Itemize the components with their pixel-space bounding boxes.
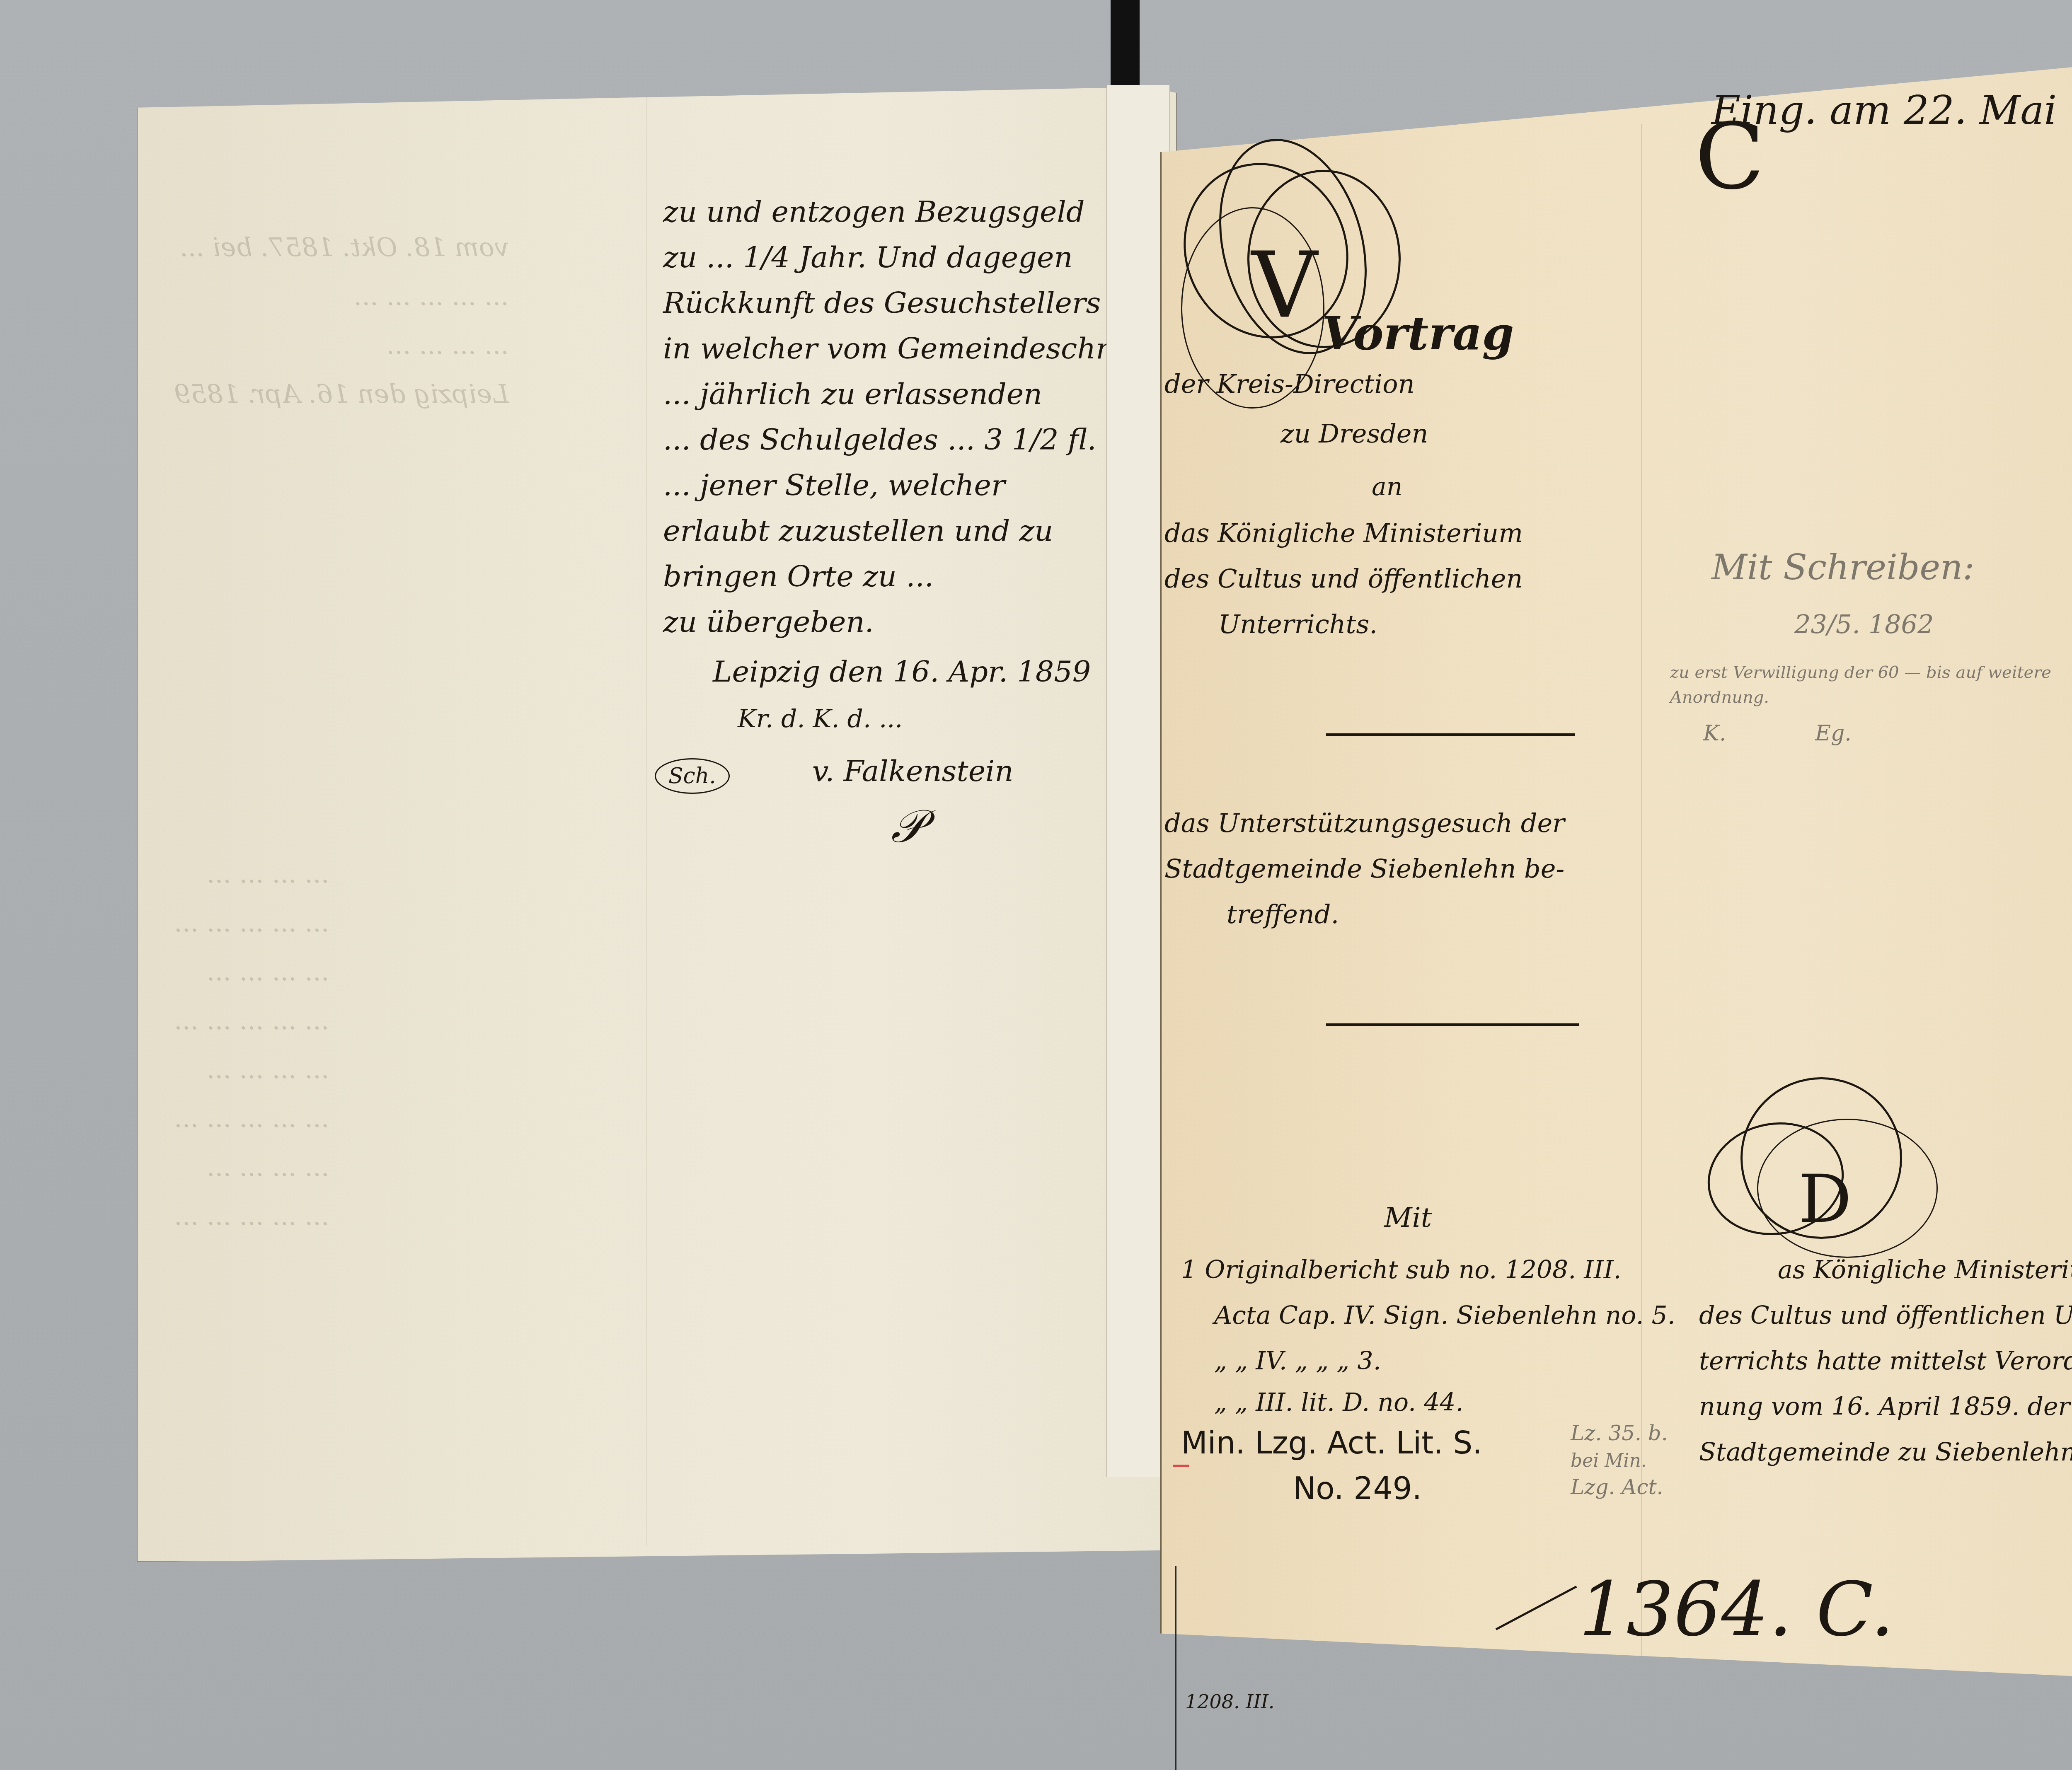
pencil-note-date: 23/5. 1862 — [1794, 609, 1934, 639]
body-initial: D — [1798, 1160, 1852, 1238]
letter-line: ... des Schulgeldes ... 3 1/2 fl. — [663, 423, 1097, 457]
subject-line: das Unterstützungsgesuch der — [1164, 808, 1565, 838]
archive-stamp-line: No. 249. — [1293, 1471, 1422, 1506]
body-line: des Cultus und öffentlichen Un- — [1699, 1301, 2072, 1330]
pencil-note-text: zu erst Verwilligung der 60 — bis auf we… — [1670, 663, 2051, 682]
bleed-line: ... ... ... ... — [386, 330, 509, 360]
corner-letter: C — [1695, 104, 1765, 210]
registry-number: 1364. C. — [1579, 1566, 1894, 1653]
addressee-preposition: an — [1372, 472, 1402, 501]
pencil-margin-note: bei Min. — [1571, 1450, 1647, 1471]
body-line: Stadtgemeinde zu Siebenlehn — [1699, 1438, 2072, 1467]
divider-rule — [1326, 733, 1575, 736]
signature: v. Falkenstein — [812, 754, 1014, 788]
recipient-line: das Königliche Ministerium — [1164, 518, 1523, 548]
sender-line: der Kreis-Direction — [1164, 369, 1415, 399]
recipient-line: des Cultus und öffentlichen — [1164, 563, 1523, 594]
letter-line: erlaubt zuzustellen und zu — [663, 514, 1053, 548]
letter-line: bringen Orte zu ... — [663, 559, 934, 593]
bleed-line: Leipzig den 16. Apr. 1859 — [174, 379, 509, 409]
enclosure-item: 1 Originalbericht sub no. 1208. III. — [1181, 1255, 1622, 1284]
archive-stamp-line: Min. Lzg. Act. Lit. S. — [1181, 1425, 1482, 1461]
enclosures-heading: Mit — [1384, 1202, 1432, 1233]
pencil-margin-note: Lz. 35. b. — [1571, 1421, 1668, 1445]
enclosure-item: Acta Cap. IV. Sign. Siebenlehn no. 5. — [1214, 1301, 1675, 1330]
bleed-line: ... ... ... ... ... — [354, 281, 509, 311]
left-page-fold — [646, 95, 647, 1545]
letter-signoff: Kr. d. K. d. ... — [738, 704, 903, 733]
body-line: as Königliche Ministerium — [1778, 1255, 2072, 1284]
paraph-initials: Sch. — [655, 758, 730, 794]
letter-line: zu übergeben. — [663, 605, 874, 639]
enclosure-item: „ „ IV. „ „ „ 3. — [1214, 1347, 1381, 1376]
body-line: terrichts hatte mittelst Verord- — [1699, 1347, 2072, 1376]
subject-line: Stadtgemeinde Siebenlehn be- — [1164, 854, 1564, 884]
enclosure-item: „ „ III. lit. D. no. 44. — [1214, 1388, 1464, 1417]
letter-line: zu und entzogen Bezugsgeld — [663, 195, 1085, 229]
bleed-through-text-lower: ... ... ... ... ... ... ... ... ... ... … — [174, 849, 329, 1240]
paraph-mark: 𝒫 — [891, 800, 924, 854]
pencil-note-heading: Mit Schreiben: — [1711, 547, 1975, 588]
pencil-initials-right: Eg. — [1815, 721, 1852, 746]
pencil-initials-left: K. — [1703, 721, 1726, 746]
bleed-line: vom 18. Okt. 1857. bei ... — [180, 232, 509, 262]
letter-line: ... jährlich zu erlassenden — [663, 377, 1042, 411]
letter-line: Rückkunft des Gesuchstellers — [663, 286, 1101, 320]
pencil-note-text: Anordnung. — [1670, 688, 1769, 707]
title-initial: V — [1251, 232, 1317, 338]
bottom-file-note: 1208. III. — [1185, 1690, 1274, 1713]
letter-line: zu ... 1/4 Jahr. Und dagegen — [663, 240, 1073, 274]
sender-line: zu Dresden — [1280, 418, 1428, 449]
body-line: nung vom 16. April 1859. der — [1699, 1392, 2070, 1421]
document-title: Vortrag — [1322, 307, 1514, 360]
gutter-line — [1175, 1566, 1176, 1770]
letter-line: ... jener Stelle, welcher — [663, 468, 1005, 502]
red-pencil-mark — [1173, 1465, 1189, 1467]
divider-rule — [1326, 1023, 1579, 1026]
pencil-margin-note: Lzg. Act. — [1571, 1475, 1663, 1499]
bleed-through-text: vom 18. Okt. 1857. bei ... ... ... ... .… — [174, 174, 509, 418]
binding-spine — [1111, 0, 1140, 91]
subject-line: treffend. — [1227, 899, 1339, 929]
receipt-note: Eing. am 22. Mai 1862. — [1711, 87, 2072, 133]
letter-closing-date: Leipzig den 16. Apr. 1859 — [713, 655, 1091, 689]
recipient-line: Unterrichts. — [1218, 609, 1377, 639]
